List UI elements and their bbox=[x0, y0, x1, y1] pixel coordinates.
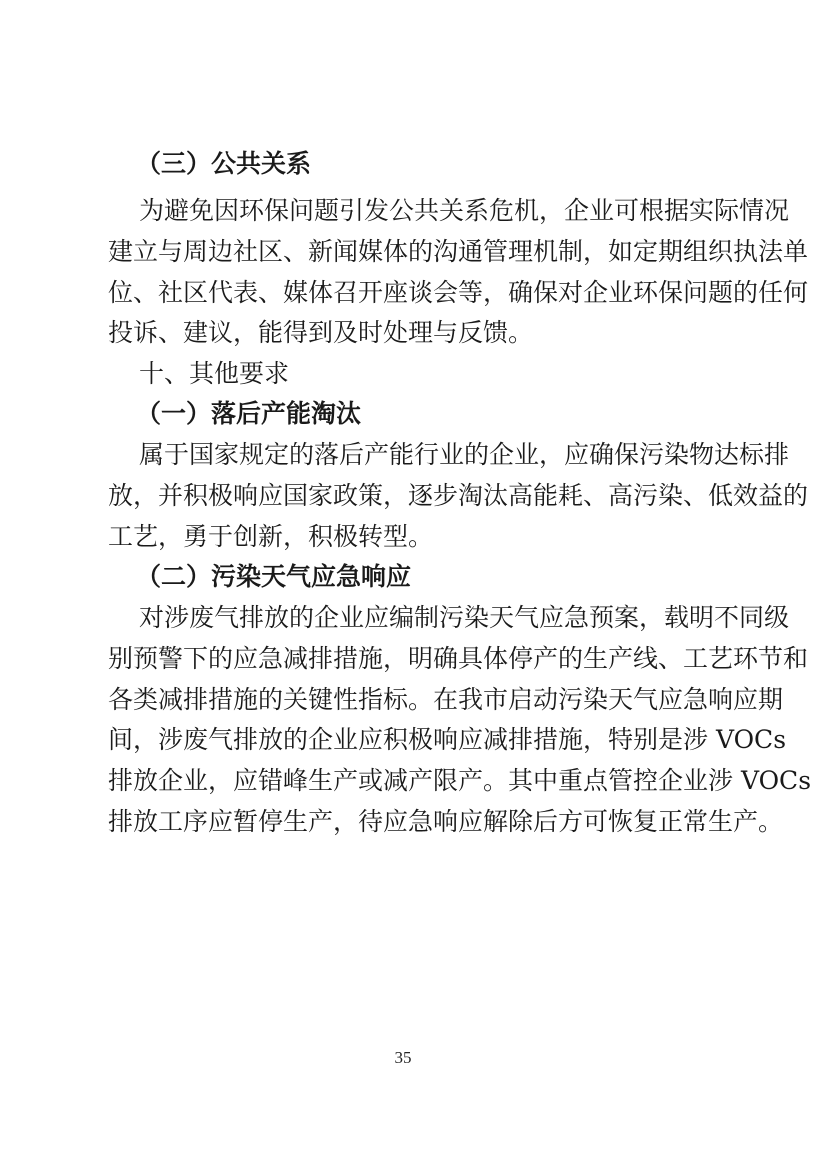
subsection-heading-pollution-weather-response: （二）污染天气应急响应 bbox=[136, 559, 536, 595]
paragraph-line: 排放工序应暂停生产，待应急响应解除后方可恢复正常生产。 bbox=[108, 804, 719, 840]
paragraph-line: 位、社区代表、媒体召开座谈会等，确保对企业环保问题的任何 bbox=[108, 275, 719, 311]
paragraph-line: 投诉、建议，能得到及时处理与反馈。 bbox=[108, 315, 719, 351]
paragraph-line: 建立与周边社区、新闻媒体的沟通管理机制，如定期组织执法单 bbox=[108, 234, 719, 270]
document-page: （三）公共关系 为避免因环保问题引发公共关系危机，企业可根据实际情况 建立与周边… bbox=[0, 0, 826, 1169]
paragraph-line: 各类减排措施的关键性指标。在我市启动污染天气应急响应期 bbox=[108, 682, 719, 718]
paragraph-line: 为避免因环保问题引发公共关系危机，企业可根据实际情况 bbox=[139, 193, 719, 229]
chapter-heading-other-requirements: 十、其他要求 bbox=[139, 356, 539, 392]
paragraph-line: 对涉废气排放的企业应编制污染天气应急预案，载明不同级 bbox=[139, 600, 719, 636]
subsection-heading-outdated-capacity: （一）落后产能淘汰 bbox=[136, 396, 536, 432]
paragraph-line: 工艺，勇于创新，积极转型。 bbox=[108, 519, 719, 555]
paragraph-line: 间，涉废气排放的企业应积极响应减排措施，特别是涉 VOCs bbox=[108, 722, 719, 758]
paragraph-line: 属于国家规定的落后产能行业的企业，应确保污染物达标排 bbox=[139, 437, 719, 473]
paragraph-line: 别预警下的应急减排措施，明确具体停产的生产线、工艺环节和 bbox=[108, 641, 719, 677]
page-number: 35 bbox=[383, 1047, 423, 1069]
paragraph-line: 排放企业，应错峰生产或减产限产。其中重点管控企业涉 VOCs bbox=[108, 763, 719, 799]
section-heading-public-relations: （三）公共关系 bbox=[136, 146, 536, 182]
paragraph-line: 放，并积极响应国家政策，逐步淘汰高能耗、高污染、低效益的 bbox=[108, 478, 719, 514]
